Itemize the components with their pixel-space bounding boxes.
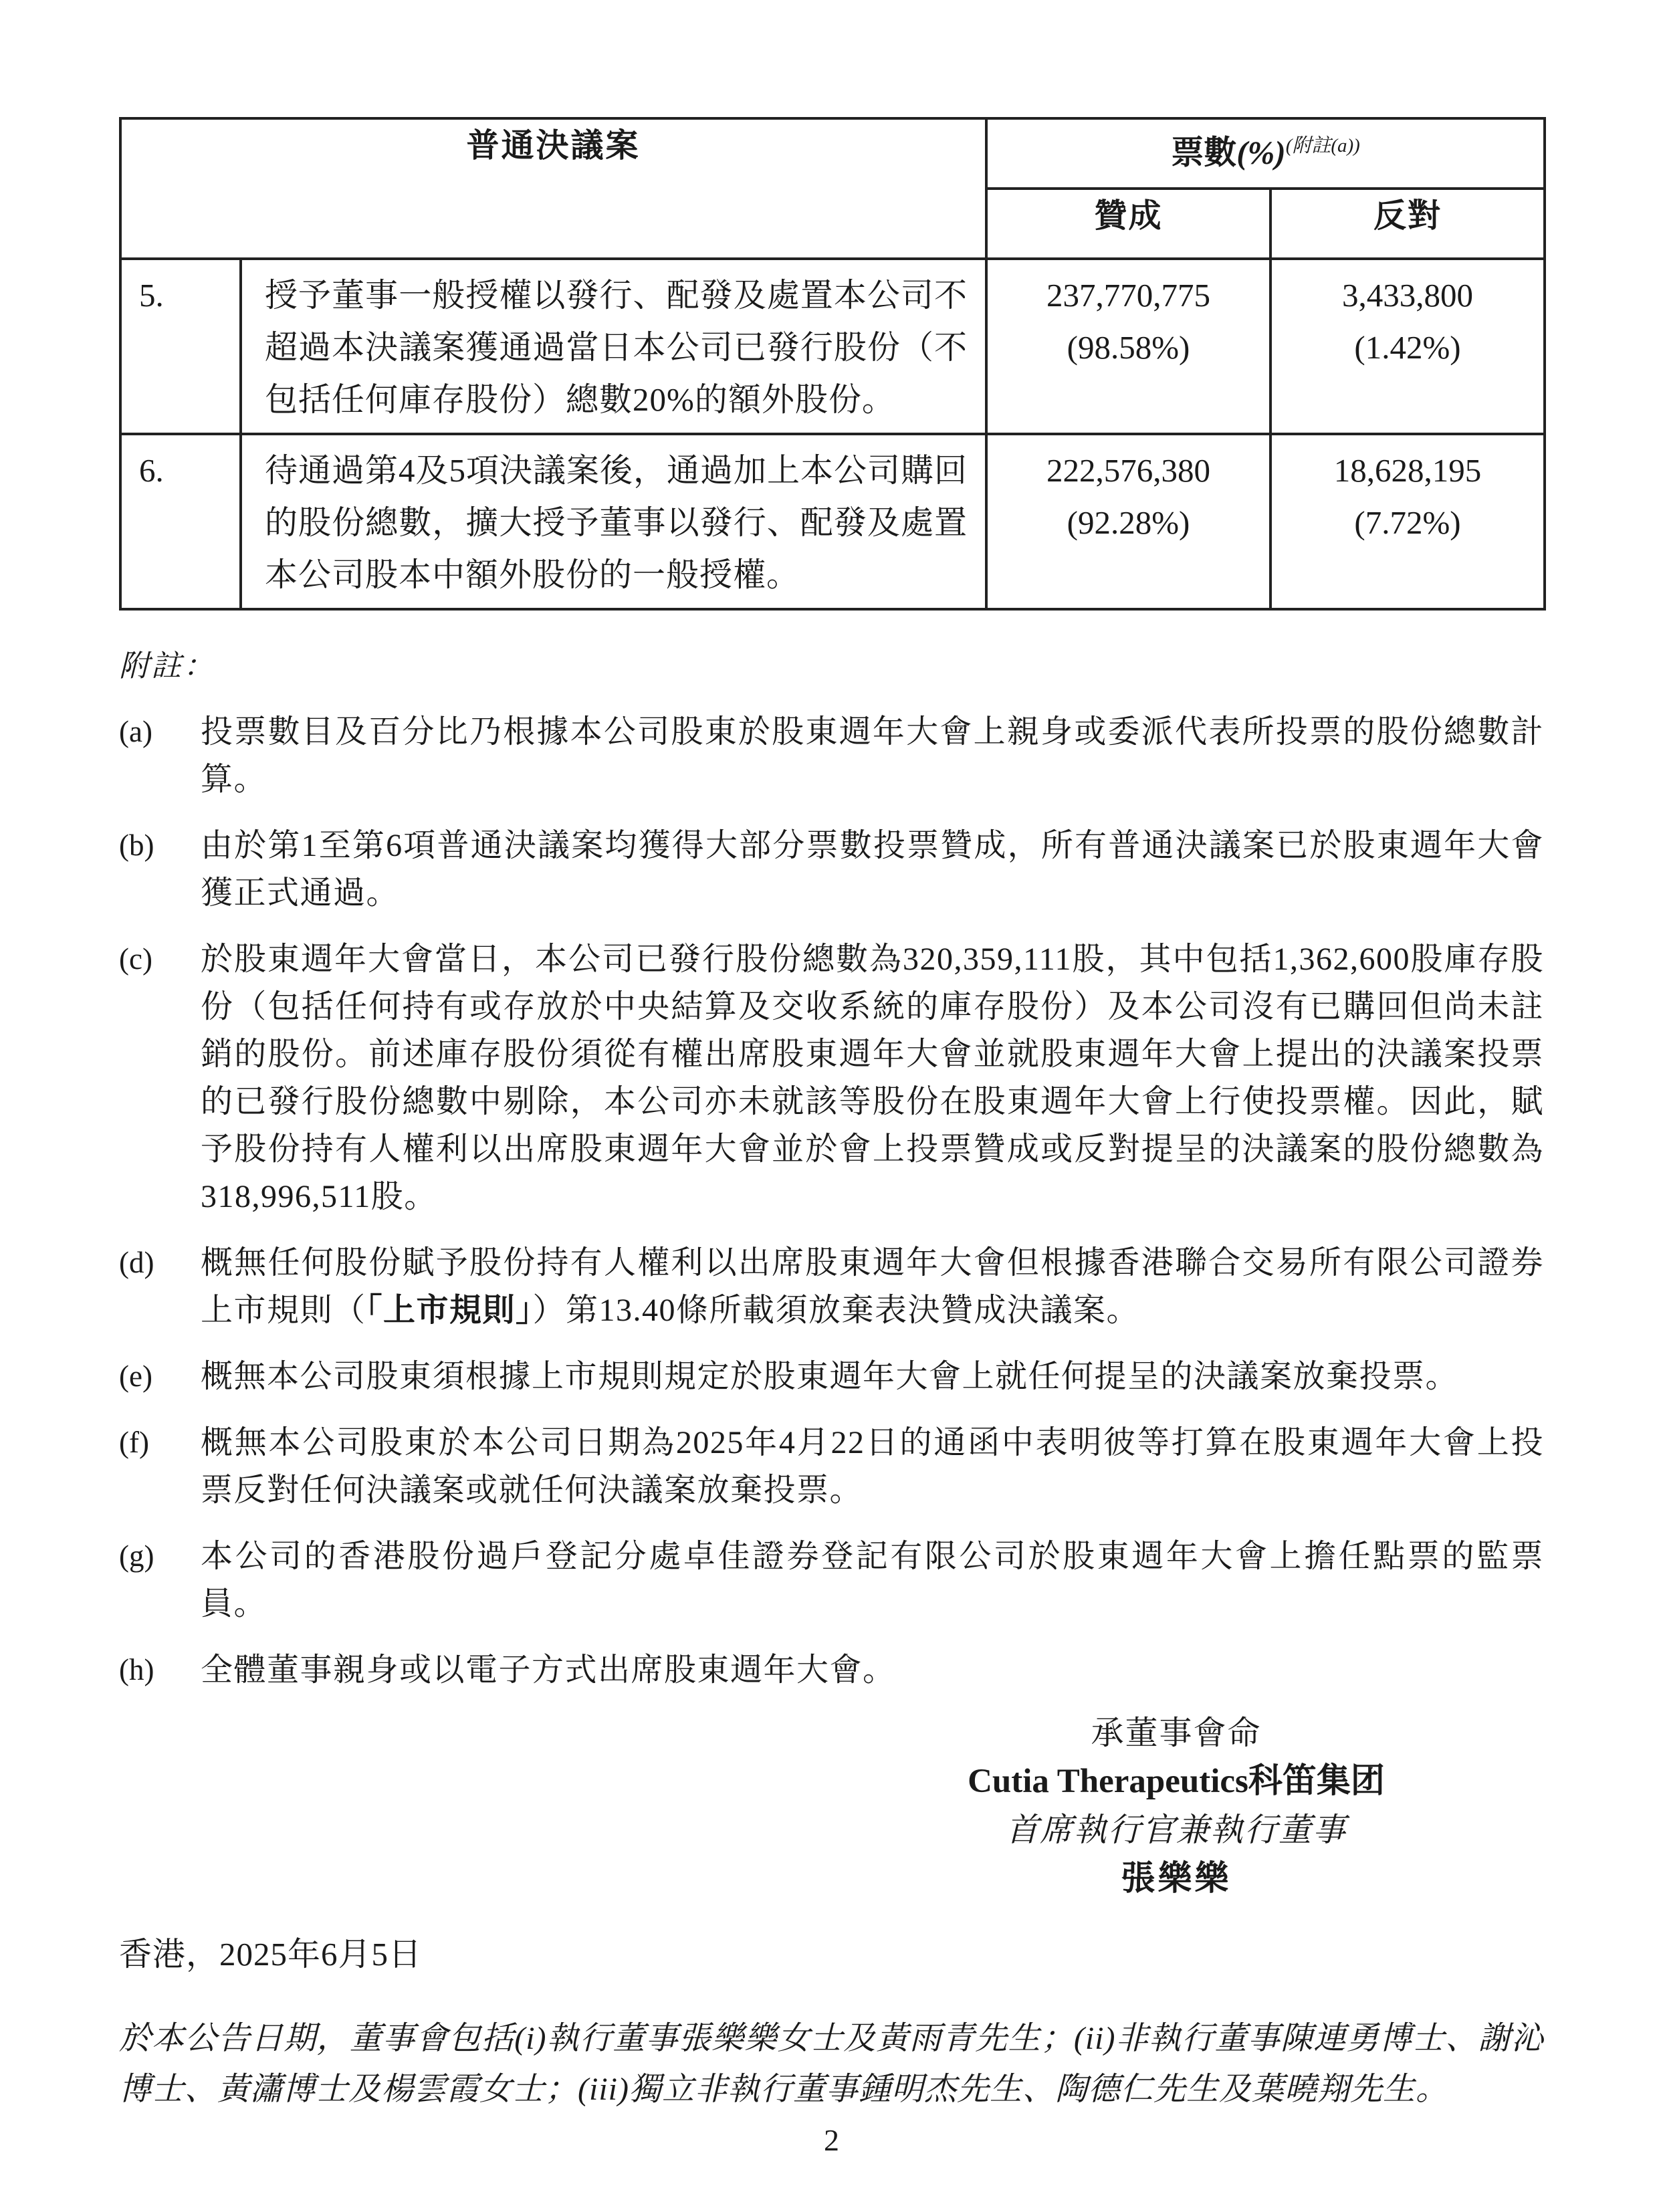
resolution-5-for-votes: 237,770,775 (98.58%) xyxy=(986,259,1270,434)
note-d-text: 概無任何股份賦予股份持有人權利以出席股東週年大會但根據香港聯合交易所有限公司證券… xyxy=(201,1239,1544,1334)
note-h: (h) 全體董事親身或以電子方式出席股東週年大會。 xyxy=(119,1646,1544,1694)
note-b-label: (b) xyxy=(119,822,154,869)
header-against-label: 反對 xyxy=(1373,197,1442,234)
place-and-date: 香港，2025年6月5日 xyxy=(119,1930,1544,1979)
note-c: (c) 於股東週年大會當日，本公司已發行股份總數為320,359,111股，其中… xyxy=(119,935,1544,1220)
for-votes-count: 222,576,380 xyxy=(992,445,1265,497)
note-e: (e) 概無本公司股東須根據上市規則規定於股東週年大會上就任何提呈的決議案放棄投… xyxy=(119,1353,1544,1400)
against-votes-percent: (7.72%) xyxy=(1276,497,1539,549)
table-row-resolution-6: 6. 待通過第4及5項決議案後，通過加上本公司購回的股份總數，擴大授予董事以發行… xyxy=(120,434,1545,609)
header-votes-percent: 票數(%)(附註(a)) xyxy=(986,118,1545,189)
for-votes-count: 237,770,775 xyxy=(992,269,1265,322)
header-ordinary-resolutions-label: 普通決議案 xyxy=(467,127,641,164)
resolution-6-against-votes: 18,628,195 (7.72%) xyxy=(1270,434,1545,609)
header-for-label: 贊成 xyxy=(1095,197,1163,234)
note-d: (d) 概無任何股份賦予股份持有人權利以出席股東週年大會但根據香港聯合交易所有限… xyxy=(119,1239,1544,1334)
signatory-title: 首席執行官兼執行董事 xyxy=(895,1806,1457,1854)
signature-block: 承董事會命 Cutia Therapeutics科笛集团 首席執行官兼執行董事 … xyxy=(895,1710,1457,1904)
resolution-6-number: 6. xyxy=(120,434,241,609)
votes-label: 票數 xyxy=(1171,134,1236,171)
note-b-text: 由於第1至第6項普通決議案均獲得大部分票數投票贊成，所有普通決議案已於股東週年大… xyxy=(201,822,1544,917)
header-ordinary-resolutions: 普通決議案 xyxy=(120,118,986,259)
note-f: (f) 概無本公司股東於本公司日期為2025年4月22日的通函中表明彼等打算在股… xyxy=(119,1419,1544,1514)
note-g: (g) 本公司的香港股份過戶登記分處卓佳證券登記有限公司於股東週年大會上擔任點票… xyxy=(119,1533,1544,1628)
votes-pct-label: (%) xyxy=(1236,134,1285,171)
by-order-of-board: 承董事會命 xyxy=(895,1710,1457,1757)
directors-composition-note: 於本公告日期，董事會包括(i)執行董事張樂樂女士及黃雨青先生；(ii)非執行董事… xyxy=(119,2013,1544,2115)
company-name: Cutia Therapeutics科笛集团 xyxy=(895,1757,1457,1806)
against-votes-count: 18,628,195 xyxy=(1276,445,1539,497)
note-f-text: 概無本公司股東於本公司日期為2025年4月22日的通函中表明彼等打算在股東週年大… xyxy=(201,1419,1544,1514)
resolution-6-text: 待通過第4及5項決議案後，通過加上本公司購回的股份總數，擴大授予董事以發行、配發… xyxy=(241,434,986,609)
votes-note-reference: (附註(a)) xyxy=(1286,135,1360,156)
for-votes-percent: (98.58%) xyxy=(992,322,1265,374)
note-b: (b) 由於第1至第6項普通決議案均獲得大部分票數投票贊成，所有普通決議案已於股… xyxy=(119,822,1544,917)
header-for: 贊成 xyxy=(986,189,1270,259)
note-f-label: (f) xyxy=(119,1419,149,1466)
resolution-6-for-votes: 222,576,380 (92.28%) xyxy=(986,434,1270,609)
note-e-text: 概無本公司股東須根據上市規則規定於股東週年大會上就任何提呈的決議案放棄投票。 xyxy=(201,1353,1544,1400)
note-a-label: (a) xyxy=(119,708,152,756)
against-votes-count: 3,433,800 xyxy=(1276,269,1539,322)
note-c-text: 於股東週年大會當日，本公司已發行股份總數為320,359,111股，其中包括1,… xyxy=(201,935,1544,1220)
for-votes-percent: (92.28%) xyxy=(992,497,1265,549)
note-g-text: 本公司的香港股份過戶登記分處卓佳證券登記有限公司於股東週年大會上擔任點票的監票員… xyxy=(201,1533,1544,1628)
note-h-text: 全體董事親身或以電子方式出席股東週年大會。 xyxy=(201,1646,1544,1694)
notes-title: 附註： xyxy=(119,643,1544,689)
resolution-5-text: 授予董事一般授權以發行、配發及處置本公司不超過本決議案獲通過當日本公司已發行股份… xyxy=(241,259,986,434)
note-g-label: (g) xyxy=(119,1533,154,1580)
note-a-text: 投票數目及百分比乃根據本公司股東於股東週年大會上親身或委派代表所投票的股份總數計… xyxy=(201,708,1544,803)
resolutions-votes-table: 普通決議案 票數(%)(附註(a)) 贊成 反對 5. 授予董事一般授權以發行、… xyxy=(119,117,1546,611)
table-header-row-1: 普通決議案 票數(%)(附註(a)) xyxy=(120,118,1545,189)
resolution-5-number: 5. xyxy=(120,259,241,434)
header-against: 反對 xyxy=(1270,189,1545,259)
note-e-label: (e) xyxy=(119,1353,152,1400)
resolution-5-against-votes: 3,433,800 (1.42%) xyxy=(1270,259,1545,434)
table-row-resolution-5: 5. 授予董事一般授權以發行、配發及處置本公司不超過本決議案獲通過當日本公司已發… xyxy=(120,259,1545,434)
note-d-label: (d) xyxy=(119,1239,154,1287)
note-d-defined-term: 「上市規則」 xyxy=(366,1293,533,1328)
note-c-label: (c) xyxy=(119,935,152,983)
page-number: 2 xyxy=(119,2120,1544,2161)
announcement-page: 普通決議案 票數(%)(附註(a)) 贊成 反對 5. 授予董事一般授權以發行、… xyxy=(0,0,1659,2212)
note-a: (a) 投票數目及百分比乃根據本公司股東於股東週年大會上親身或委派代表所投票的股… xyxy=(119,708,1544,803)
note-d-text-post: ）第13.40條所載須放棄表決贊成決議案。 xyxy=(533,1293,1140,1328)
against-votes-percent: (1.42%) xyxy=(1276,322,1539,374)
signatory-name: 張樂樂 xyxy=(895,1854,1457,1904)
note-h-label: (h) xyxy=(119,1646,154,1694)
